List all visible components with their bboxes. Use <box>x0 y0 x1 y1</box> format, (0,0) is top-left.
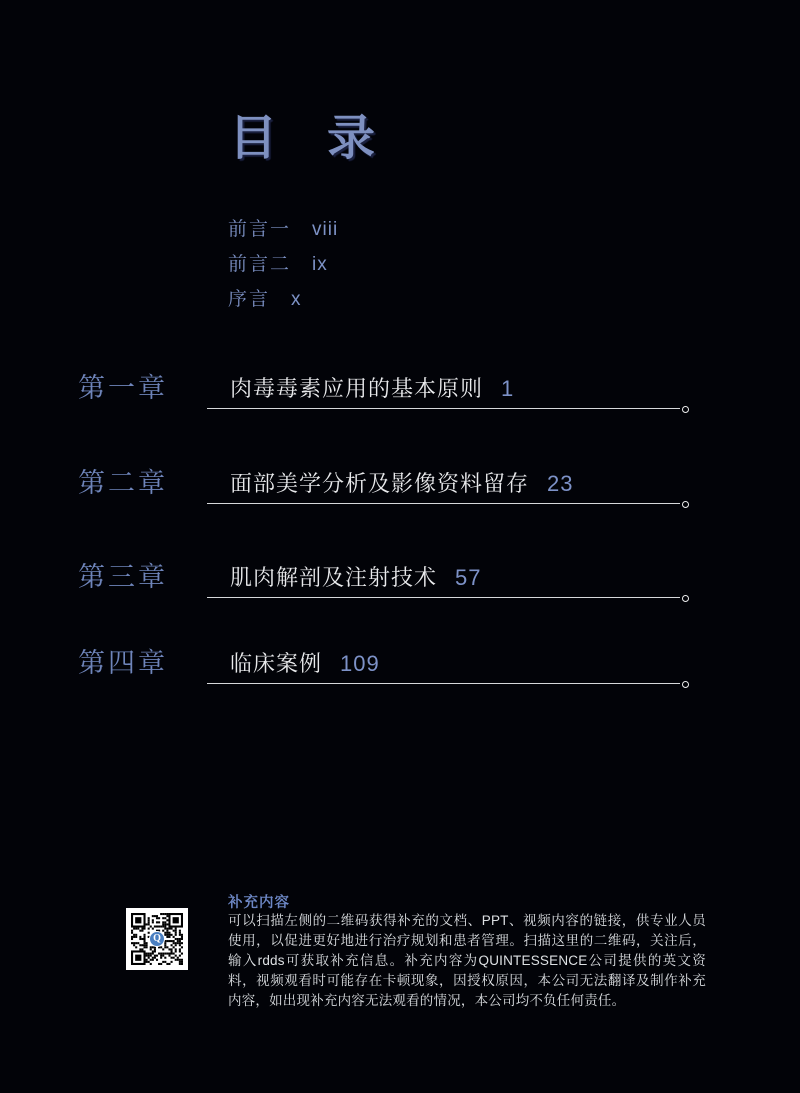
supplement-paragraph: 可以扫描左侧的二维码获得补充的文档、PPT、视频内容的链接，供专业人员使用，以促… <box>228 911 706 1011</box>
chapter-title-text: 肉毒毒素应用的基本原则 <box>230 376 483 401</box>
chapter-title-text: 面部美学分析及影像资料留存 <box>230 471 529 496</box>
front-matter-label: 前言一 <box>228 219 291 240</box>
front-matter-page-number: ix <box>312 254 328 275</box>
chapter-number: 第三章 <box>78 564 168 591</box>
chapter-title: 面部美学分析及影像资料留存23 <box>230 473 574 495</box>
qr-logo-q-icon: Q <box>149 931 165 947</box>
chapter-title-text: 临床案例 <box>230 651 322 676</box>
toc-entry-chapter-2: 第二章 面部美学分析及影像资料留存23 <box>0 463 800 504</box>
front-matter-label: 前言二 <box>228 254 291 275</box>
front-matter-page-number: x <box>291 289 302 310</box>
chapter-page-number: 23 <box>547 471 573 496</box>
chapter-rule-line <box>207 408 680 409</box>
front-matter-label: 序言 <box>228 289 270 310</box>
chapter-page-number: 57 <box>455 565 481 590</box>
chapter-rule-line <box>207 683 680 684</box>
supplement-heading: 补充内容 <box>228 891 290 912</box>
chapter-title: 肉毒毒素应用的基本原则1 <box>230 378 514 400</box>
chapter-number: 第二章 <box>78 470 168 497</box>
toc-entry-chapter-3: 第三章 肌肉解剖及注射技术57 <box>0 557 800 598</box>
qr-code-image: Q <box>126 908 188 970</box>
chapter-rule-line <box>207 503 680 504</box>
toc-entry-chapter-4: 第四章 临床案例109 <box>0 643 800 684</box>
chapter-number: 第一章 <box>78 375 168 402</box>
front-matter-list: 前言一viii 前言二ix 序言x <box>228 220 338 325</box>
page-title: 目 录 <box>229 99 376 168</box>
front-matter-item: 前言一viii <box>228 220 338 239</box>
front-matter-item: 前言二ix <box>228 255 338 274</box>
chapter-title: 临床案例109 <box>230 653 380 675</box>
toc-entry-chapter-1: 第一章 肉毒毒素应用的基本原则1 <box>0 368 800 409</box>
chapter-number: 第四章 <box>78 650 168 677</box>
chapter-rule-line <box>207 597 680 598</box>
chapter-title-text: 肌肉解剖及注射技术 <box>230 565 437 590</box>
chapter-page-number: 109 <box>340 651 380 676</box>
book-toc-page: { "page": { "title": "目 录" }, "front_mat… <box>0 0 800 1093</box>
front-matter-item: 序言x <box>228 290 338 309</box>
chapter-title: 肌肉解剖及注射技术57 <box>230 567 482 589</box>
front-matter-page-number: viii <box>312 219 338 240</box>
chapter-page-number: 1 <box>501 376 514 401</box>
